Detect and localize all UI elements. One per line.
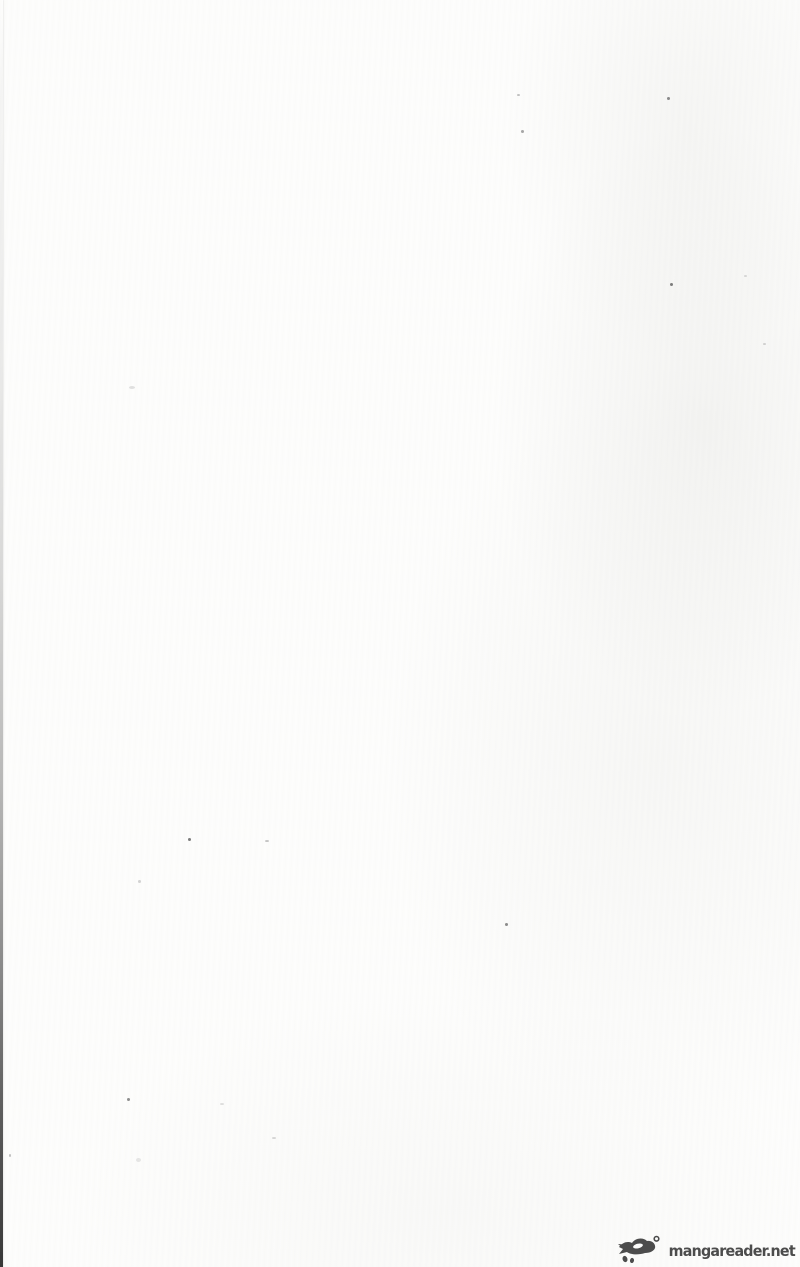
scan-specks (0, 0, 800, 1267)
scan-speck (667, 97, 670, 100)
scan-speck (763, 343, 766, 345)
scanned-page: mangareader.net (0, 0, 800, 1267)
watermark-text: mangareader.net (669, 1244, 795, 1263)
scan-speck (9, 1154, 11, 1157)
scan-speck (127, 1098, 130, 1101)
scan-speck (138, 880, 141, 883)
scan-speck (505, 923, 508, 926)
scan-speck (517, 94, 520, 96)
scan-speck (188, 838, 191, 841)
scan-speck (670, 283, 673, 286)
scan-speck (521, 130, 524, 133)
scan-speck (220, 1103, 224, 1105)
scan-speck (129, 386, 135, 389)
mangareader-logo-icon (617, 1235, 661, 1263)
scan-speck (265, 840, 269, 842)
scan-speck (136, 1158, 141, 1162)
scan-speck (272, 1137, 276, 1139)
watermark: mangareader.net (617, 1235, 795, 1263)
scan-speck (744, 275, 747, 277)
